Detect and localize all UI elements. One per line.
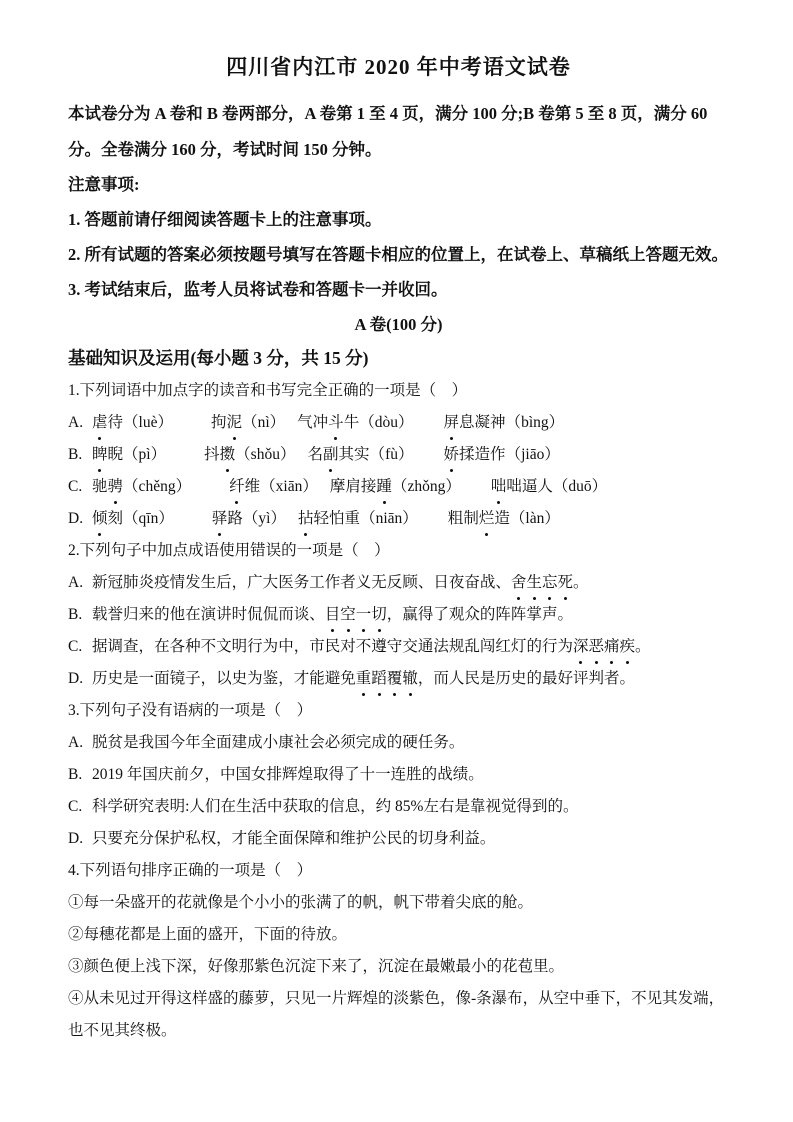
word-with-pinyin: 倾刻（qīn）	[92, 510, 174, 527]
sequence-sentence: ②每穗花都是上面的盛开，下面的待放。	[68, 919, 729, 951]
word-with-pinyin: 娇揉造作（jiāo）	[444, 446, 560, 463]
notice-item: 1. 答题前请仔细阅读答题卡上的注意事项。	[68, 202, 729, 237]
option-text: 据调查，在各种不文明行为中，市民对不遵守交通法规乱闯红灯的行为深恶痛疾。	[92, 638, 651, 655]
option-text: 载誉归来的他在演讲时侃侃而谈、目空一切，赢得了观众的阵阵掌声。	[92, 606, 573, 623]
word-with-pinyin: 摩肩接踵（zhǒng）	[330, 478, 461, 495]
word-with-pinyin: 咄咄逼人（duō）	[491, 478, 607, 495]
notice-item: 2. 所有试题的答案必须按题号填写在答题卡相应的位置上，在试卷上、草稿纸上答题无…	[68, 237, 729, 272]
emphasized-char: 纤	[229, 471, 245, 503]
word-with-pinyin: 抖擞（shǒu）	[204, 446, 295, 463]
option-letter: D.	[68, 663, 92, 695]
word-with-pinyin: 纤维（xiān）	[229, 478, 318, 495]
question-stem: 4.下列语句排序正确的一项是（ ）	[68, 855, 729, 887]
emphasized-char: 踵	[376, 471, 392, 503]
option-letter: C.	[68, 791, 92, 823]
question-block-2: 2.下列句子中加点成语使用错误的一项是（ ）A.新冠肺炎疫情发生后，广大医务工作…	[68, 535, 729, 695]
exam-description: 本试卷分为 A 卷和 B 卷两部分，A 卷第 1 至 4 页，满分 100 分;…	[68, 96, 729, 168]
question-block-4: 4.下列语句排序正确的一项是（ ）①每一朵盛开的花就像是个小小的张满了的帆，帆下…	[68, 855, 729, 1047]
emphasized-char: 辙	[402, 663, 418, 695]
word-with-pinyin: 屏息凝神（bìng）	[443, 414, 564, 431]
option-letter: B.	[68, 759, 92, 791]
option-row: B.2019 年国庆前夕，中国女排辉煌取得了十一连胜的战绩。	[68, 759, 729, 791]
option-row: A.脱贫是我国今年全面建成小康社会必须完成的硬任务。	[68, 727, 729, 759]
emphasized-char: 疾	[620, 631, 636, 663]
emphasized-char: 覆	[387, 663, 403, 695]
emphasized-char: 死	[557, 567, 573, 599]
option-text: 历史是一面镜子，以史为鉴，才能避免重蹈覆辙，而人民是历史的最好评判者。	[92, 670, 635, 687]
question-stem: 2.下列句子中加点成语使用错误的一项是（ ）	[68, 535, 729, 567]
option-text: 科学研究表明:人们在生活中获取的信息，约 85%左右是靠视觉得到的。	[92, 798, 579, 815]
part-title: 基础知识及运用(每小题 3 分，共 15 分)	[68, 341, 729, 375]
emphasized-char: 骋	[108, 471, 124, 503]
emphasized-char: 痛	[604, 631, 620, 663]
option-letter: A.	[68, 407, 92, 439]
emphasized-char: 虐	[92, 407, 108, 439]
option-row: C.科学研究表明:人们在生活中获取的信息，约 85%左右是靠视觉得到的。	[68, 791, 729, 823]
sequence-sentence: ③颜色便上浅下深，好像那紫色沉淀下来了，沉淀在最嫩最小的花苞里。	[68, 951, 729, 983]
question-stem: 1.下列词语中加点字的读音和书写完全正确的一项是（ ）	[68, 375, 729, 407]
emphasized-char: 重	[356, 663, 372, 695]
option-row: B.载誉归来的他在演讲时侃侃而谈、目空一切，赢得了观众的阵阵掌声。	[68, 599, 729, 631]
emphasized-char: 一	[356, 599, 372, 631]
emphasized-char: 驿	[212, 503, 228, 535]
option-row: D.历史是一面镜子，以史为鉴，才能避免重蹈覆辙，而人民是历史的最好评判者。	[68, 663, 729, 695]
emphasized-char: 擞	[220, 439, 236, 471]
emphasized-char: 屏	[443, 407, 459, 439]
option-text: 脱贫是我国今年全面建成小康社会必须完成的硬任务。	[92, 734, 464, 751]
emphasized-char: 忘	[542, 567, 558, 599]
option-row: C.驰骋（chěng）纤维（xiān）摩肩接踵（zhǒng）咄咄逼人（duō）	[68, 471, 729, 503]
option-letter: C.	[68, 471, 92, 503]
notice-title: 注意事项:	[68, 168, 729, 202]
word-with-pinyin: 气冲斗牛（dòu）	[297, 414, 413, 431]
option-text: 2019 年国庆前夕，中国女排辉煌取得了十一连胜的战绩。	[92, 766, 484, 783]
option-row: D.只要充分保护私权，才能全面保障和维护公民的切身利益。	[68, 823, 729, 855]
emphasized-char: 副	[323, 439, 339, 471]
page-title: 四川省内江市 2020 年中考语文试卷	[68, 54, 729, 80]
emphasized-char: 切	[371, 599, 387, 631]
emphasized-char: 生	[526, 567, 542, 599]
emphasized-char: 咄	[491, 471, 507, 503]
word-with-pinyin: 虐待（luè）	[92, 414, 173, 431]
sequence-sentence: ④从未见过开得这样盛的藤萝，只见一片辉煌的淡紫色，像-条瀑布，从空中垂下，不见其…	[68, 983, 729, 1047]
emphasized-char: 泥	[227, 407, 243, 439]
option-letter: A.	[68, 727, 92, 759]
word-with-pinyin: 驰骋（chěng）	[92, 478, 191, 495]
emphasized-char: 烂	[479, 503, 495, 535]
emphasized-char: 空	[340, 599, 356, 631]
option-letter: D.	[68, 823, 92, 855]
notice-item: 3. 考试结束后，监考人员将试卷和答题卡一并收回。	[68, 272, 729, 307]
sequence-sentence: ①每一朵盛开的花就像是个小小的张满了的帆，帆下带着尖底的舱。	[68, 887, 729, 919]
emphasized-char: 拈	[298, 503, 314, 535]
emphasized-char: 倾	[92, 503, 108, 535]
question-block-1: 1.下列词语中加点字的读音和书写完全正确的一项是（ ）A.虐待（luè）拘泥（n…	[68, 375, 729, 535]
option-row: A.虐待（luè）拘泥（nì）气冲斗牛（dòu）屏息凝神（bìng）	[68, 407, 729, 439]
emphasized-char: 娇	[444, 439, 460, 471]
option-letter: B.	[68, 599, 92, 631]
option-row: C.据调查，在各种不文明行为中，市民对不遵守交通法规乱闯红灯的行为深恶痛疾。	[68, 631, 729, 663]
exam-paper-page: 四川省内江市 2020 年中考语文试卷 本试卷分为 A 卷和 B 卷两部分，A …	[0, 0, 793, 1122]
word-with-pinyin: 拈轻怕重（niān）	[298, 510, 418, 527]
emphasized-char: 恶	[589, 631, 605, 663]
option-text: 新冠肺炎疫情发生后，广大医务工作者义无反顾、日夜奋战、舍生忘死。	[92, 574, 589, 591]
section-a-title: A 卷(100 分)	[68, 309, 729, 341]
emphasized-char: 斗	[328, 407, 344, 439]
questions: 1.下列词语中加点字的读音和书写完全正确的一项是（ ）A.虐待（luè）拘泥（n…	[68, 375, 729, 1047]
option-letter: D.	[68, 503, 92, 535]
emphasized-char: 目	[325, 599, 341, 631]
option-text: 只要充分保护私权，才能全面保障和维护公民的切身利益。	[92, 830, 495, 847]
emphasized-char: 舍	[511, 567, 527, 599]
word-with-pinyin: 粗制烂造（làn）	[448, 510, 560, 527]
emphasized-char: 深	[573, 631, 589, 663]
emphasized-char: 蹈	[371, 663, 387, 695]
option-letter: C.	[68, 631, 92, 663]
word-with-pinyin: 驿路（yì）	[212, 510, 286, 527]
question-block-3: 3.下列句子没有语病的一项是（ ）A.脱贫是我国今年全面建成小康社会必须完成的硬…	[68, 695, 729, 855]
emphasized-char: 睥	[92, 439, 108, 471]
option-row: B.睥睨（pì）抖擞（shǒu）名副其实（fù）娇揉造作（jiāo）	[68, 439, 729, 471]
option-letter: B.	[68, 439, 92, 471]
option-letter: A.	[68, 567, 92, 599]
word-with-pinyin: 睥睨（pì）	[92, 446, 166, 463]
word-with-pinyin: 拘泥（nì）	[211, 414, 285, 431]
option-row: A.新冠肺炎疫情发生后，广大医务工作者义无反顾、日夜奋战、舍生忘死。	[68, 567, 729, 599]
option-row: D.倾刻（qīn）驿路（yì）拈轻怕重（niān）粗制烂造（làn）	[68, 503, 729, 535]
question-stem: 3.下列句子没有语病的一项是（ ）	[68, 695, 729, 727]
word-with-pinyin: 名副其实（fù）	[307, 446, 413, 463]
